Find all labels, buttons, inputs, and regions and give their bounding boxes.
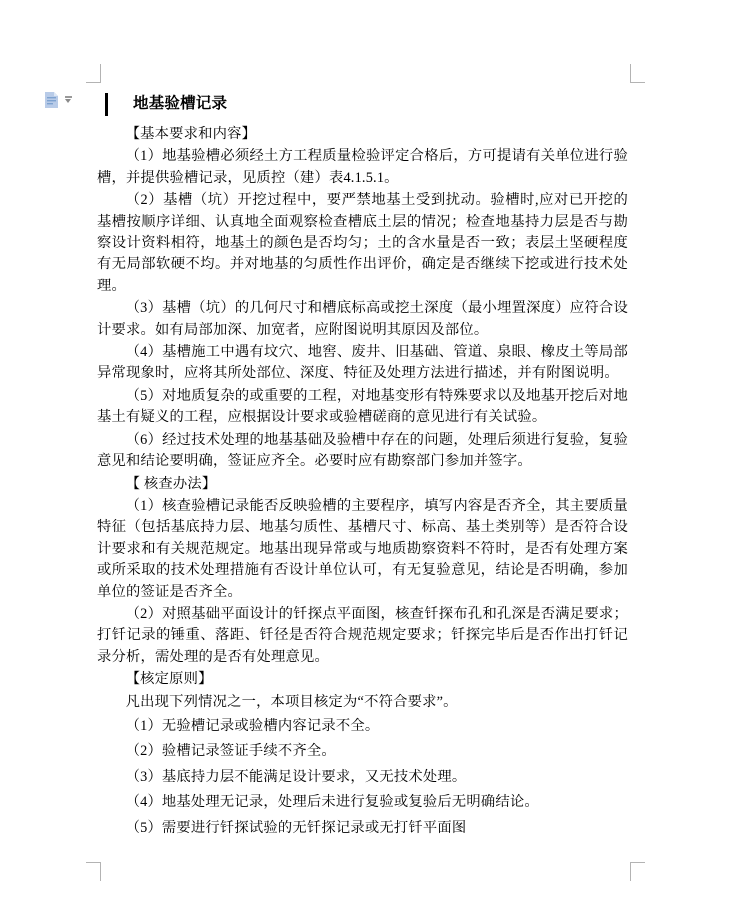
word-document-page: { "doc": { "title": "地基验槽记录", "sections"… xyxy=(0,0,734,923)
paragraph: （5）对地质复杂的或重要的工程，对地基变形有特殊要求以及地基开挖后对地基土有疑义… xyxy=(97,386,628,429)
paragraph: （4）基槽施工中遇有坟穴、地窖、废井、旧基础、管道、泉眼、橡皮土等局部异常现象时… xyxy=(97,342,628,385)
paragraph: （6）经过技术处理的地基基础及验槽中存在的问题，处理后须进行复验，复验意见和结论… xyxy=(97,430,628,473)
paragraph: （1）核查验槽记录能否反映验槽的主要程序，填写内容是否齐全，其主要质量特征（包括… xyxy=(97,496,628,603)
paragraph: 凡出现下列情况之一，本项目核定为“不符合要求”。 xyxy=(97,692,628,713)
section-heading-check-method: 【 核查办法】 xyxy=(97,474,628,495)
crop-mark-top-left xyxy=(86,64,101,83)
paragraph: （3）基槽（坑）的几何尺寸和槽底标高或挖土深度（最小埋置深度）应符合设计要求。如… xyxy=(97,298,628,341)
section-heading-approval-principle: 【核定原则】 xyxy=(97,669,628,690)
rule-item: （5）需要进行钎探试验的无钎探记录或无打钎平面图 xyxy=(97,818,628,839)
rule-item: （1）无验槽记录或验槽内容记录不全。 xyxy=(97,716,628,737)
crop-mark-top-right xyxy=(630,64,645,83)
paragraph: （1）地基验槽必须经土方工程质量检验评定合格后，方可提请有关单位进行验槽，并提供… xyxy=(97,146,628,189)
document-body: 地基验槽记录 【基本要求和内容】 （1）地基验槽必须经土方工程质量检验评定合格后… xyxy=(97,94,628,843)
paragraph: （2）基槽（坑）开挖过程中，要严禁地基土受到扰动。验槽时,应对已开挖的基槽按顺序… xyxy=(97,190,628,297)
dropdown-arrow-icon[interactable] xyxy=(64,96,73,104)
section-heading-basic-requirements: 【基本要求和内容】 xyxy=(97,124,628,145)
rule-item: （4）地基处理无记录，处理后未进行复验或复验后无明确结论。 xyxy=(97,792,628,813)
smart-tag-button[interactable] xyxy=(44,91,76,111)
rule-item: （3）基底持力层不能满足设计要求，又无技术处理。 xyxy=(97,767,628,788)
rule-item: （2）验槽记录签证手续不齐全。 xyxy=(97,741,628,762)
page-title: 地基验槽记录 xyxy=(97,94,628,114)
crop-mark-bottom-right xyxy=(630,862,645,881)
paragraph: （2）对照基础平面设计的钎探点平面图，核查钎探布孔和孔深是否满足要求；打钎记录的… xyxy=(97,604,628,668)
crop-mark-bottom-left xyxy=(86,862,101,881)
document-icon[interactable] xyxy=(44,91,59,109)
